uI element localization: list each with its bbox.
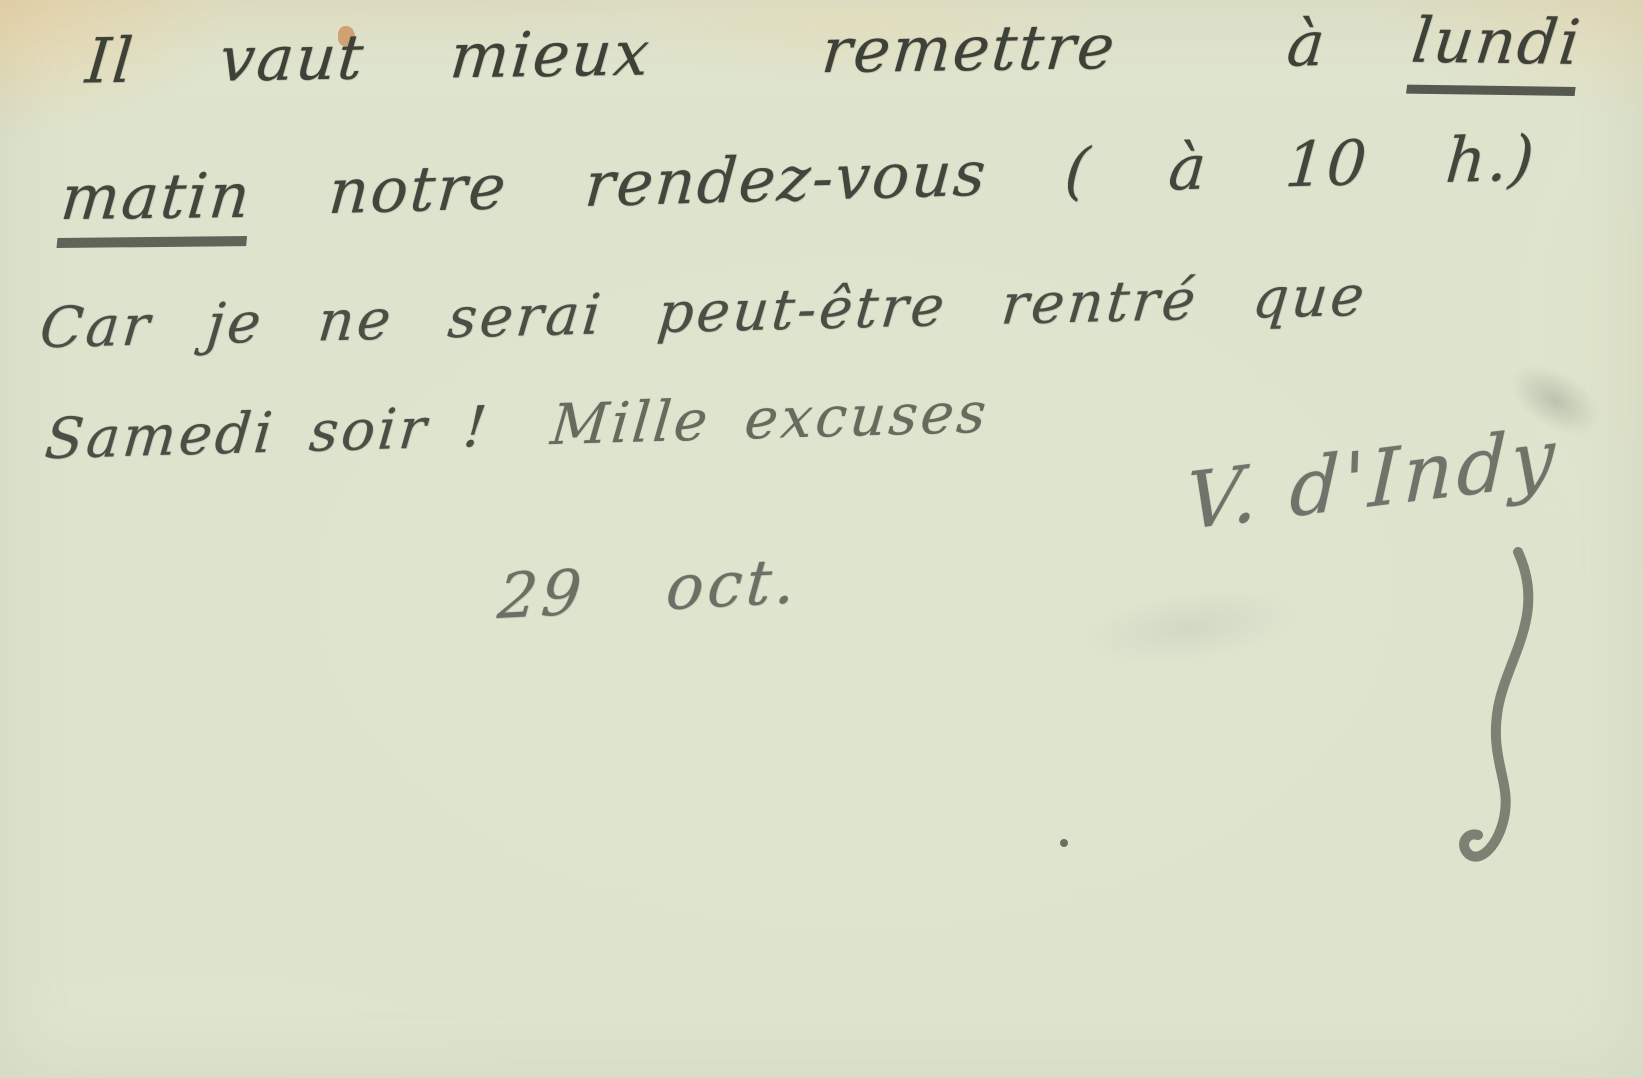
note-line-3-text: Car je ne serai peut-être rentré que	[37, 264, 1370, 362]
underlined-word-matin: matin	[57, 163, 255, 248]
note-line-1: Il vaut mieux remettre à lundi	[81, 8, 1584, 115]
ink-speck	[1060, 839, 1068, 847]
date-text: 29 oct.	[495, 548, 802, 629]
note-line-4-right: Mille excuses	[548, 381, 992, 458]
note-line-3: Car je ne serai peut-être rentré que	[37, 268, 1369, 359]
note-line-2: matin notre rendez-vous ( à 10 h.)	[57, 125, 1538, 250]
note-line-4-left: Samedi soir !	[42, 395, 492, 473]
signature-text: V. d'Indy	[1185, 417, 1560, 546]
note-line-1-text: Il vaut mieux remettre à	[83, 6, 1416, 98]
postcard-scan: Il vaut mieux remettre à lundi matin not…	[0, 0, 1643, 1078]
underlined-word-lundi: lundi	[1406, 7, 1585, 96]
ink-smudge-middle	[1076, 577, 1304, 677]
note-line-2-text: notre rendez-vous ( à 10 h.)	[249, 121, 1539, 230]
note-line-4: Samedi soir !Mille excuses	[42, 385, 991, 470]
